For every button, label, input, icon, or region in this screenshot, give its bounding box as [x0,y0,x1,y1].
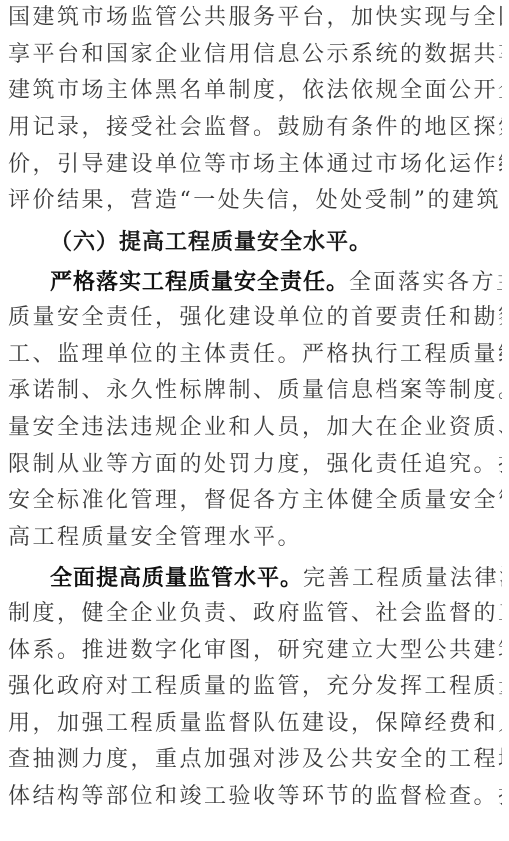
text-line: 查抽测力度，重点加强对涉及公共安全的工程地基基础、主 [8,745,502,775]
text-line: 用，加强工程质量监督队伍建设，保障经费和人员，加大抽 [8,709,502,739]
text-line: 安全标准化管理，督促各方主体健全质量安全管控机制，提 [8,486,502,516]
text-line: 制度，健全企业负责、政府监管、社会监督的工程质量保障 [8,599,502,629]
text-line: 用记录，接受社会监督。鼓励有条件的地区探索开展信用评 [8,113,502,143]
text-line: 享平台和国家企业信用信息公示系统的数据共享交换。建立 [8,40,502,70]
text-line: 限制从业等方面的处罚力度，强化责任追究。推进工程质量 [8,450,502,480]
text-line: 评价结果，营造“一处失信，处处受制”的建筑市场环境。 [8,186,502,216]
text-line: 价，引导建设单位等市场主体通过市场化运作综合运用信用 [8,150,502,180]
text-line: 高工程质量安全管理水平。 [8,523,502,553]
paragraph-lead: 严格落实工程质量安全责任。 [50,269,349,295]
text-line: 体结构等部位和竣工验收等环节的监督检查。探索推行政府 [8,782,502,812]
text-line: 国建筑市场监管公共服务平台，加快实现与全国信用信息共 [8,3,502,33]
text-line: 建筑市场主体黑名单制度，依法依规全面公开企业和个人信 [8,76,502,106]
text-line: 工、监理单位的主体责任。严格执行工程质量终身责任书面 [8,340,502,370]
section-heading: （六）提高工程质量安全水平。 [50,227,502,257]
text-line-with-lead: 严格落实工程质量安全责任。全面落实各方主体的工程 [50,267,502,297]
text-line: 质量安全责任，强化建设单位的首要责任和勘察、设计、施 [8,303,502,333]
text-line: 体系。推进数字化审图，研究建立大型公共建筑后评估制度。 [8,636,502,666]
text-run: 完善工程质量法律法规和管理 [303,566,502,591]
text-line: 量安全违法违规企业和人员，加大在企业资质、人员资格、 [8,413,502,443]
text-line: 强化政府对工程质量的监管，充分发挥工程质量监督机构作 [8,672,502,702]
text-line: 承诺制、永久性标牌制、质量信息档案等制度。严肃查处质 [8,376,502,406]
paragraph-lead: 全面提高质量监管水平。 [50,565,303,591]
text-line-with-lead: 全面提高质量监管水平。完善工程质量法律法规和管理 [50,563,502,593]
text-run: 全面落实各方主体的工程 [349,270,502,295]
document-page: 国建筑市场监管公共服务平台，加快实现与全国信用信息共 享平台和国家企业信用信息公… [0,0,509,841]
